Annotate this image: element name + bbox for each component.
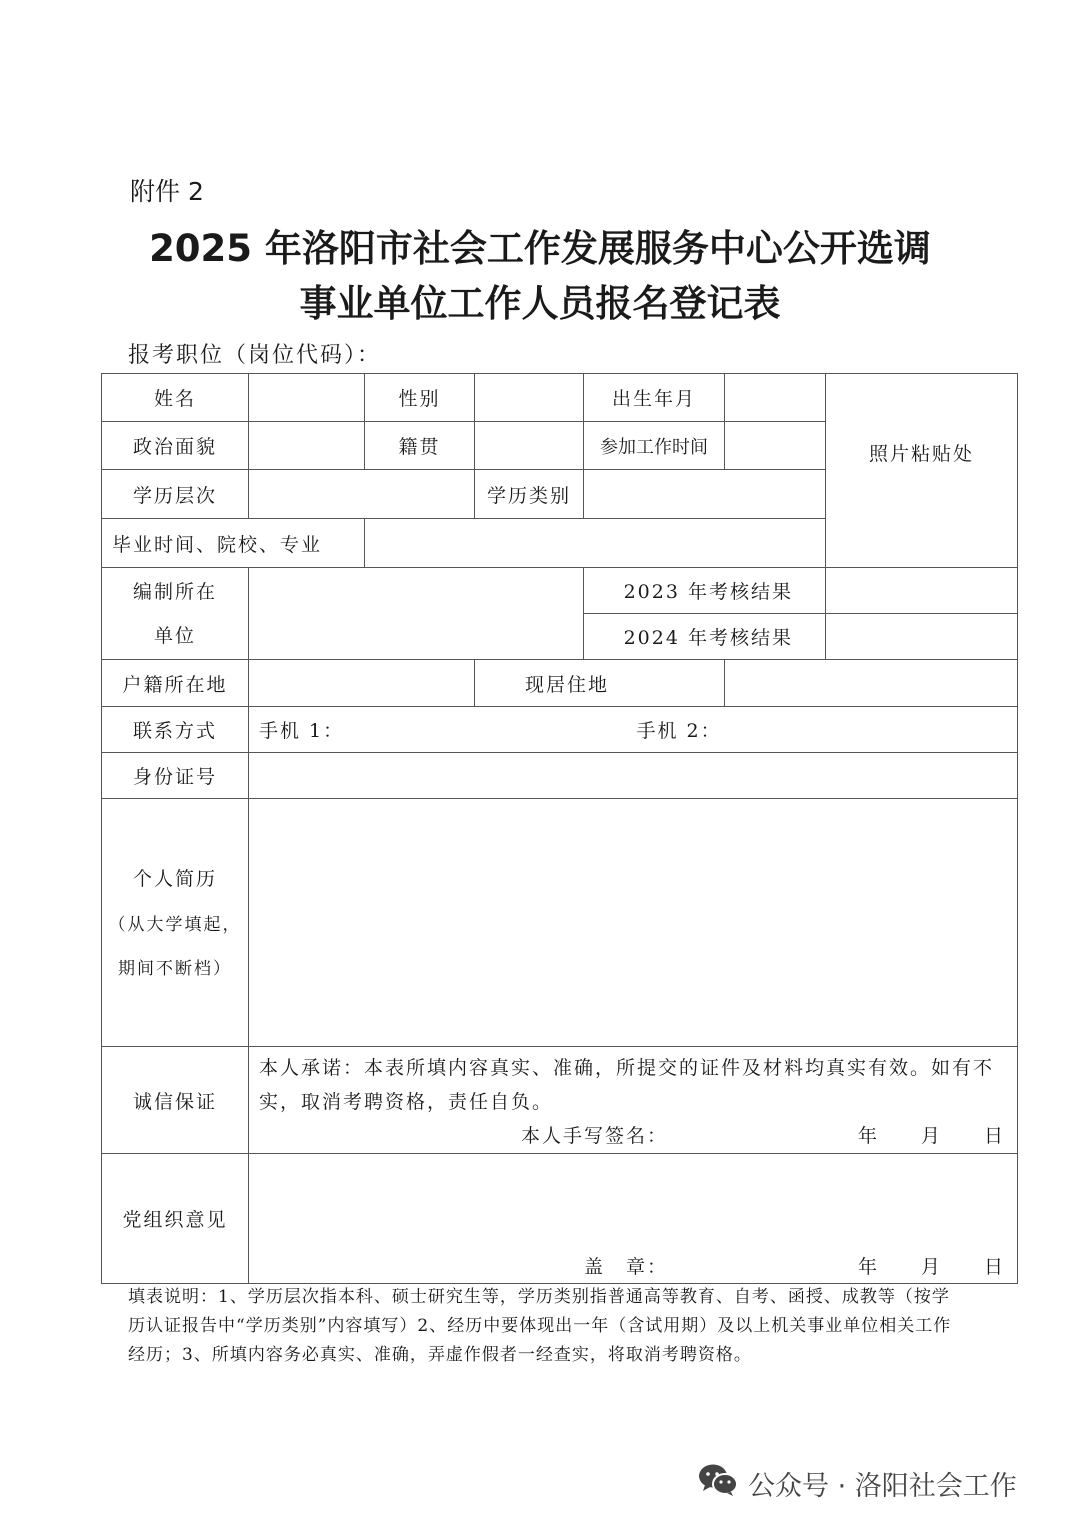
- unit-label-line2: 单位: [102, 614, 248, 658]
- gender-label: 性别: [365, 374, 475, 422]
- signature-line: 本人手写签名： 年 月 日: [259, 1119, 1009, 1153]
- position-label: 报考职位（岗位代码）：: [128, 338, 381, 369]
- attachment-label: 附件 2: [130, 172, 204, 208]
- resume-note-2: 期间不断档）: [102, 947, 248, 991]
- photo-label: 照片粘贴处: [869, 443, 974, 465]
- sign-month: 月: [921, 1119, 942, 1153]
- photo-area[interactable]: 照片粘贴处: [826, 374, 1018, 568]
- unit-field[interactable]: [249, 568, 584, 660]
- id-number-field[interactable]: [249, 753, 1018, 799]
- resume-field[interactable]: [249, 799, 1018, 1047]
- phone2-label: 手机 2：: [637, 716, 722, 743]
- seal-year: 年: [858, 1252, 879, 1279]
- unit-label: 编制所在 单位: [102, 568, 249, 660]
- edu-type-field[interactable]: [584, 470, 826, 519]
- eval2023-field[interactable]: [826, 568, 1018, 614]
- political-field[interactable]: [249, 422, 365, 470]
- wechat-icon: [698, 1463, 738, 1504]
- pledge-text: 本人承诺：本表所填内容真实、准确，所提交的证件及材料均真实有效。如有不实，取消考…: [259, 1051, 1009, 1119]
- edu-type-label: 学历类别: [475, 470, 584, 519]
- id-number-label: 身份证号: [102, 753, 249, 799]
- birth-field[interactable]: [725, 374, 826, 422]
- contact-field[interactable]: 手机 1： 手机 2：: [249, 707, 1018, 753]
- hukou-field[interactable]: [249, 660, 475, 707]
- signature-label: 本人手写签名：: [521, 1119, 668, 1153]
- watermark: 公众号 · 洛阳社会工作: [698, 1463, 1017, 1504]
- sign-day: 日: [984, 1119, 1005, 1153]
- seal-line: 盖 章： 年 月 日: [249, 1252, 1005, 1279]
- political-label: 政治面貌: [102, 422, 249, 470]
- phone1-label: 手机 1：: [259, 720, 344, 742]
- party-opinion-label: 党组织意见: [102, 1154, 249, 1284]
- native-label: 籍贯: [365, 422, 475, 470]
- seal-label: 盖 章：: [584, 1252, 668, 1279]
- contact-label: 联系方式: [102, 707, 249, 753]
- eval2024-label: 2024 年考核结果: [584, 614, 826, 660]
- registration-form-table: 姓名 性别 出生年月 照片粘贴处 政治面貌 籍贯 参加工作时间 学历层次 学历类…: [101, 373, 1018, 1284]
- eval2024-field[interactable]: [826, 614, 1018, 660]
- work-start-field[interactable]: [725, 422, 826, 470]
- name-field[interactable]: [249, 374, 365, 422]
- watermark-text: 公众号 · 洛阳社会工作: [748, 1464, 1017, 1503]
- graduation-label: 毕业时间、院校、专业: [102, 519, 365, 568]
- pledge-cell: 本人承诺：本表所填内容真实、准确，所提交的证件及材料均真实有效。如有不实，取消考…: [249, 1047, 1018, 1154]
- residence-field[interactable]: [725, 660, 1018, 707]
- party-opinion-field[interactable]: 盖 章： 年 月 日: [249, 1154, 1018, 1284]
- seal-day: 日: [984, 1252, 1005, 1279]
- fill-instructions: 填表说明：1、学历层次指本科、硕士研究生等，学历类别指普通高等教育、自考、函授、…: [128, 1283, 958, 1370]
- document-title-line1: 2025 年洛阳市社会工作发展服务中心公开选调: [0, 218, 1080, 272]
- hukou-label: 户籍所在地: [102, 660, 249, 707]
- edu-level-label: 学历层次: [102, 470, 249, 519]
- edu-level-field[interactable]: [249, 470, 475, 519]
- integrity-label: 诚信保证: [102, 1047, 249, 1154]
- eval2023-label: 2023 年考核结果: [584, 568, 826, 614]
- birth-label: 出生年月: [584, 374, 725, 422]
- resume-title: 个人简历: [102, 855, 248, 903]
- work-start-label: 参加工作时间: [584, 422, 725, 470]
- unit-label-line1: 编制所在: [102, 570, 248, 614]
- gender-field[interactable]: [475, 374, 584, 422]
- seal-month: 月: [921, 1252, 942, 1279]
- resume-label: 个人简历 （从大学填起， 期间不断档）: [102, 799, 249, 1047]
- sign-year: 年: [858, 1119, 879, 1153]
- graduation-field[interactable]: [365, 519, 826, 568]
- name-label: 姓名: [102, 374, 249, 422]
- residence-label: 现居住地: [475, 660, 725, 707]
- document-title-line2: 事业单位工作人员报名登记表: [0, 273, 1080, 327]
- native-field[interactable]: [475, 422, 584, 470]
- resume-note-1: （从大学填起，: [102, 903, 248, 947]
